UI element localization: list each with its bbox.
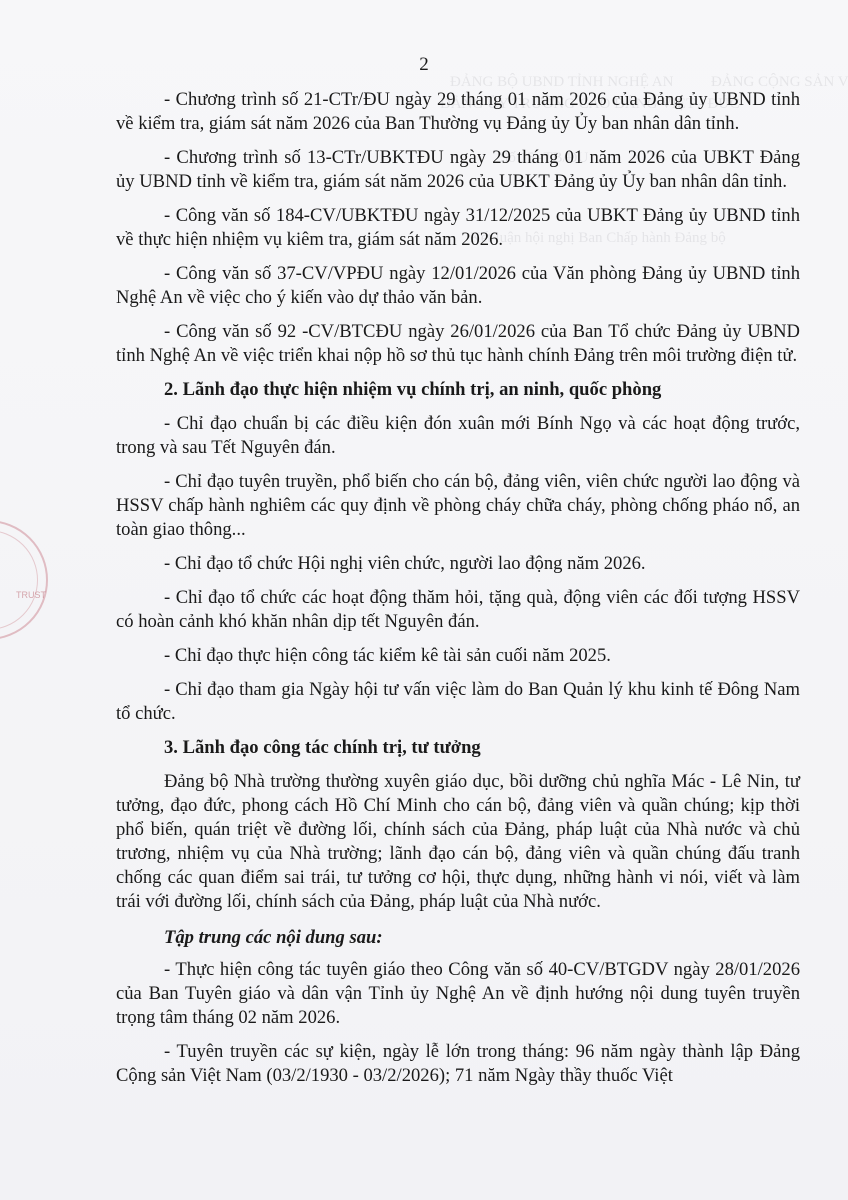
document-page: ĐẢNG BỘ UBND TỈNH NGHỆ AN ĐẢNG CỘNG SẢN … — [0, 0, 848, 1200]
paragraph: - Chỉ đạo tham gia Ngày hội tư vấn việc … — [116, 678, 800, 726]
paragraph: - Công văn số 184-CV/UBKTĐU ngày 31/12/2… — [116, 204, 800, 252]
paragraph: - Chỉ đạo tổ chức Hội nghị viên chức, ng… — [116, 552, 800, 576]
paragraph: - Chỉ đạo chuẩn bị các điều kiện đón xuâ… — [116, 412, 800, 460]
page-number: 2 — [0, 54, 848, 76]
paragraph: - Công văn số 92 -CV/BTCĐU ngày 26/01/20… — [116, 320, 800, 368]
section-heading: 3. Lãnh đạo công tác chính trị, tư tưởng — [116, 736, 800, 760]
paragraph: - Chỉ đạo thực hiện công tác kiểm kê tài… — [116, 644, 800, 668]
paragraph: - Chương trình số 21-CTr/ĐU ngày 29 thán… — [116, 88, 800, 136]
stamp-text: TRUST — [16, 590, 46, 600]
document-body: - Chương trình số 21-CTr/ĐU ngày 29 thán… — [116, 88, 800, 1098]
paragraph: - Tuyên truyền các sự kiện, ngày lễ lớn … — [116, 1040, 800, 1088]
paragraph: - Chỉ đạo tuyên truyền, phổ biến cho cán… — [116, 470, 800, 542]
paragraph: Đảng bộ Nhà trường thường xuyên giáo dục… — [116, 770, 800, 914]
subsection-heading: Tập trung các nội dung sau: — [116, 926, 800, 950]
paragraph: - Công văn số 37-CV/VPĐU ngày 12/01/2026… — [116, 262, 800, 310]
red-seal-stamp — [0, 520, 48, 640]
paragraph: - Thực hiện công tác tuyên giáo theo Côn… — [116, 958, 800, 1030]
paragraph: - Chỉ đạo tổ chức các hoạt động thăm hỏi… — [116, 586, 800, 634]
paragraph: - Chương trình số 13-CTr/UBKTĐU ngày 29 … — [116, 146, 800, 194]
section-heading: 2. Lãnh đạo thực hiện nhiệm vụ chính trị… — [116, 378, 800, 402]
